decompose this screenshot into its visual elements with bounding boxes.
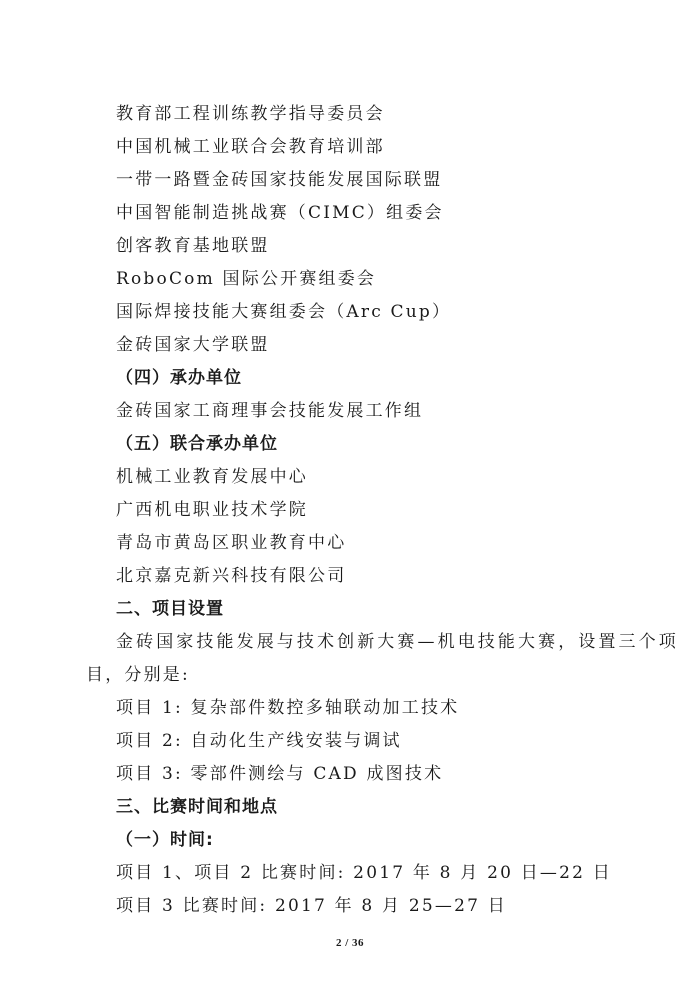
- text-line: 一带一路暨金砖国家技能发展国际联盟: [116, 169, 442, 191]
- text-line: 国际焊接技能大赛组委会（Arc Cup）: [116, 301, 451, 323]
- text-line: 项目 3 比赛时间: 2017 年 8 月 25—27 日: [116, 895, 507, 917]
- text-line: 金砖国家工商理事会技能发展工作组: [116, 400, 423, 422]
- text-line: 创客教育基地联盟: [116, 235, 270, 257]
- text-line: 教育部工程训练教学指导委员会: [116, 103, 385, 125]
- text-line: 中国机械工业联合会教育培训部: [116, 136, 385, 158]
- section-heading: （一）时间:: [116, 829, 214, 851]
- section-heading: 二、项目设置: [116, 598, 224, 620]
- text-line: 项目 1、项目 2 比赛时间: 2017 年 8 月 20 日—22 日: [116, 862, 612, 884]
- text-line: 广西机电职业技术学院: [116, 499, 308, 521]
- text-line: 机械工业教育发展中心: [116, 466, 308, 488]
- text-line: 金砖国家大学联盟: [116, 334, 270, 356]
- list-item: 项目 1: 复杂部件数控多轴联动加工技术: [116, 697, 459, 719]
- text-line: 北京嘉克新兴科技有限公司: [116, 565, 346, 587]
- section-heading: 三、比赛时间和地点: [116, 796, 278, 818]
- section-heading: （四）承办单位: [116, 367, 242, 389]
- page-number: 2 / 36: [0, 937, 700, 949]
- paragraph-line: 金砖国家技能发展与技术创新大赛—机电技能大赛，设置三个项: [116, 631, 679, 653]
- list-item: 项目 3: 零部件测绘与 CAD 成图技术: [116, 763, 443, 785]
- text-line: 中国智能制造挑战赛（CIMC）组委会: [116, 202, 444, 224]
- document-page: 教育部工程训练教学指导委员会 中国机械工业联合会教育培训部 一带一路暨金砖国家技…: [0, 0, 700, 989]
- list-item: 项目 2: 自动化生产线安装与调试: [116, 730, 402, 752]
- text-line: RoboCom 国际公开赛组委会: [116, 268, 376, 290]
- paragraph-line: 目，分别是:: [86, 664, 190, 686]
- text-line: 青岛市黄岛区职业教育中心: [116, 532, 346, 554]
- section-heading: （五）联合承办单位: [116, 433, 278, 455]
